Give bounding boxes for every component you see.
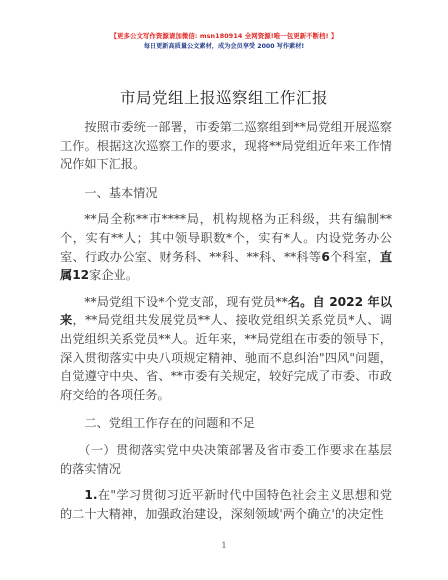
item-1-text: 在"学习贯彻习近平新时代中国特色社会主义思想和党的二十大精神，加强政治建设，深刻…: [60, 488, 392, 521]
document-body: 按照市委统一部署，市委第二巡察组到**局党组开展巡察工作。根据这次巡察工作的要求…: [60, 118, 392, 523]
basic-info-end: 家企业。: [89, 268, 138, 282]
section-heading-basic-info: 一、基本情况: [60, 184, 392, 203]
enterprise-count: 12: [72, 268, 89, 282]
party-branch-paragraph: **局党组下设*个党支部，现有党员**名。自 2022 年以来，**局党组共发展…: [60, 293, 392, 405]
basic-info-text-2: 个科室，: [330, 250, 380, 264]
document-title: 市局党组上报巡察组工作汇报: [0, 86, 448, 108]
intro-paragraph: 按照市委统一部署，市委第二巡察组到**局党组开展巡察工作。根据这次巡察工作的要求…: [60, 118, 392, 174]
item-1-paragraph: 1.在"学习贯彻习近平新时代中国特色社会主义思想和党的二十大精神，加强政治建设，…: [60, 486, 392, 523]
promo-banner-line-2: 每日更新高质量公文素材，成为会员享受 2000 写作素材!: [0, 41, 448, 50]
page-number: 1: [0, 541, 448, 550]
subsection-heading-implementation: （一）贯彻落实党中央决策部署及省市委工作要求在基层的落实情况: [60, 441, 392, 478]
document-page: 【更多公文写作资源请加微信: msn180914 全网资源!唯一包更新不断档! …: [0, 0, 448, 580]
party-branch-end: ，**局党组共发展党员**人、接收党组织关系党员*人、调出党组织关系党员**人。…: [60, 313, 392, 401]
dept-count: 6: [321, 250, 329, 264]
section-heading-problems: 二、党组工作存在的问题和不足: [60, 414, 392, 433]
party-branch-text: **局党组下设*个党支部，现有党员**: [84, 295, 287, 309]
promo-banner-line-1: 【更多公文写作资源请加微信: msn180914 全网资源!唯一包更新不断档! …: [0, 31, 448, 40]
basic-info-paragraph: **局全称**市****局，机构规格为正科级，共有编制**个，实有**人；其中领…: [60, 210, 392, 284]
item-1-number: 1.: [84, 488, 97, 502]
